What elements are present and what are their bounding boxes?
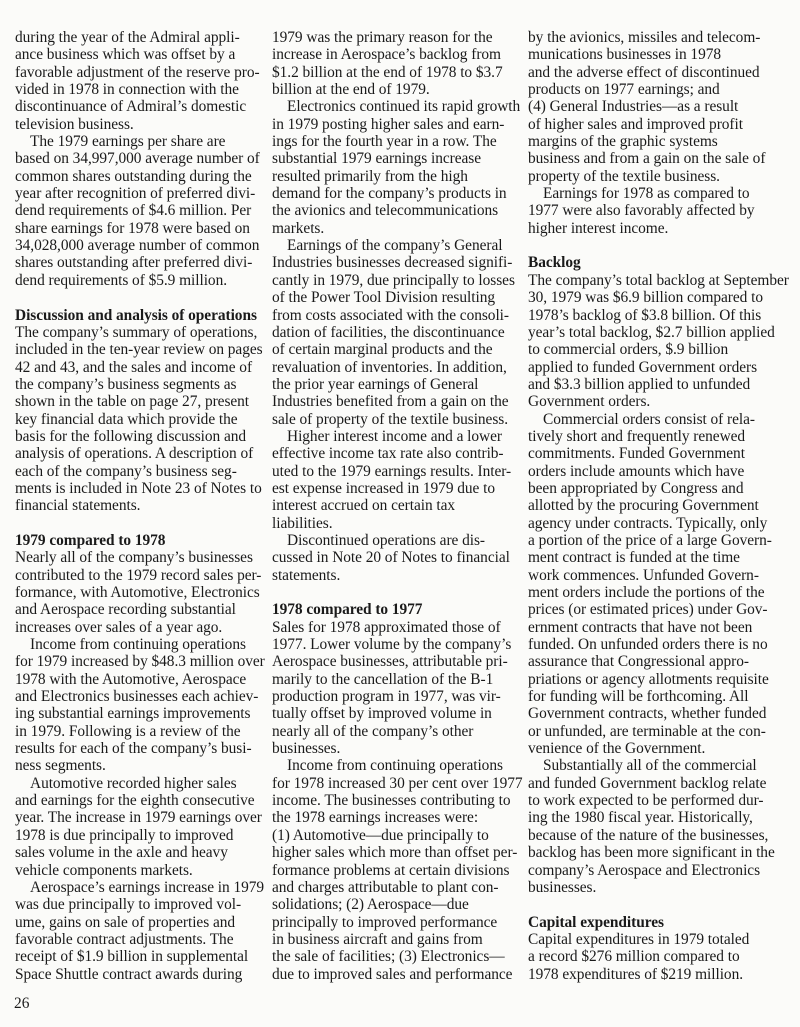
text-line: nearly all of the company’s other <box>272 723 524 740</box>
text-line: cantly in 1979, due principally to losse… <box>272 272 524 289</box>
text-line: cussed in Note 20 of Notes to financial <box>272 549 524 566</box>
text-line: Capital expenditures in 1979 totaled <box>528 931 784 948</box>
text-line: and Electronics businesses each achiev- <box>15 688 269 705</box>
text-line: Commercial orders consist of rela- <box>528 411 784 428</box>
text-line: margins of the graphic systems <box>528 133 784 150</box>
text-line: and $3.3 billion applied to unfunded <box>528 376 784 393</box>
text-line: receipt of $1.9 billion in supplemental <box>15 948 269 965</box>
text-line: vehicle components markets. <box>15 862 269 879</box>
text-line: ness segments. <box>15 757 269 774</box>
text-line: vided in 1978 in connection with the <box>15 81 269 98</box>
text-line: results for each of the company’s busi- <box>15 740 269 757</box>
text-line: included in the ten-year review on pages <box>15 341 269 358</box>
text-line: ance business which was offset by a <box>15 46 269 63</box>
text-line: and earnings for the eighth consecutive <box>15 792 269 809</box>
text-line: ment contract is funded at the time <box>528 549 784 566</box>
text-line: discontinuance of Admiral’s domestic <box>15 98 269 115</box>
text-line: uted to the 1979 earnings results. Inter… <box>272 463 524 480</box>
text-line: to commercial orders, $.9 billion <box>528 341 784 358</box>
text-line: est expense increased in 1979 due to <box>272 480 524 497</box>
text-line: Discontinued operations are dis- <box>272 532 524 549</box>
text-line: a record $276 million compared to <box>528 948 784 965</box>
text-line: higher interest income. <box>528 220 784 237</box>
text-line: The company’s summary of operations, <box>15 324 269 341</box>
text-line: sale of property of the textile business… <box>272 411 524 428</box>
text-line: and charges attributable to plant con- <box>272 879 524 896</box>
section-heading: 1978 compared to 1977 <box>272 601 524 618</box>
text-line: each of the company’s business seg- <box>15 463 269 480</box>
text-line: liabilities. <box>272 515 524 532</box>
text-line: allotted by the procuring Government <box>528 497 784 514</box>
text-line: Aerospace’s earnings increase in 1979 <box>15 879 269 896</box>
text-line: orders include amounts which have <box>528 463 784 480</box>
section-heading: Backlog <box>528 254 784 271</box>
text-line: from costs associated with the consoli- <box>272 307 524 324</box>
text-line: ing substantial earnings improvements <box>15 705 269 722</box>
text-line: products on 1977 earnings; and <box>528 81 784 98</box>
text-line: prices (or estimated prices) under Gov- <box>528 601 784 618</box>
text-line: Automotive recorded higher sales <box>15 775 269 792</box>
text-line: 30, 1979 was $6.9 billion compared to <box>528 289 784 306</box>
text-line: businesses. <box>272 740 524 757</box>
section-heading: 1979 compared to 1978 <box>15 532 269 549</box>
text-line: contributed to the 1979 record sales per… <box>15 567 269 584</box>
text-line: year after recognition of preferred divi… <box>15 185 269 202</box>
text-line: solidations; (2) Aerospace—due <box>272 896 524 913</box>
text-line: favorable contract adjustments. The <box>15 931 269 948</box>
text-line: tually offset by improved volume in <box>272 705 524 722</box>
text-line: resulted primarily from the high <box>272 168 524 185</box>
text-line: Earnings for 1978 as compared to <box>528 185 784 202</box>
text-line: 1978 expenditures of $219 million. <box>528 966 784 983</box>
text-line: or unfunded, are terminable at the con- <box>528 723 784 740</box>
text-line: ments is included in Note 23 of Notes to <box>15 480 269 497</box>
text-line: increase in Aerospace’s backlog from <box>272 46 524 63</box>
section-heading: Capital expenditures <box>528 914 784 931</box>
text-line: backlog has been more significant in the <box>528 844 784 861</box>
text-line: dation of facilities, the discontinuance <box>272 324 524 341</box>
text-line: ume, gains on sale of properties and <box>15 914 269 931</box>
text-line: effective income tax rate also contrib- <box>272 445 524 462</box>
text-line: financial statements. <box>15 497 269 514</box>
column-left: during the year of the Admiral appli-anc… <box>15 29 269 983</box>
paragraph-gap <box>15 289 269 306</box>
text-line: venience of the Government. <box>528 740 784 757</box>
paragraph-gap <box>528 896 784 913</box>
text-line: 1978’s backlog of $3.8 billion. Of this <box>528 307 784 324</box>
column-middle: 1979 was the primary reason for theincre… <box>272 29 524 983</box>
text-line: the 1978 earnings increases were: <box>272 809 524 826</box>
text-line: 1977. Lower volume by the company’s <box>272 636 524 653</box>
document-page: during the year of the Admiral appli-anc… <box>0 0 800 1027</box>
text-line: for 1979 increased by $48.3 million over <box>15 653 269 670</box>
text-line: Substantially all of the commercial <box>528 757 784 774</box>
text-line: income. The businesses contributing to <box>272 792 524 809</box>
text-line: the avionics and telecommunications <box>272 202 524 219</box>
text-line: agency under contracts. Typically, only <box>528 515 784 532</box>
text-line: demand for the company’s products in <box>272 185 524 202</box>
text-line: funded. On unfunded orders there is no <box>528 636 784 653</box>
text-line: formance problems at certain divisions <box>272 862 524 879</box>
text-line: during the year of the Admiral appli- <box>15 29 269 46</box>
text-line: property of the textile business. <box>528 168 784 185</box>
text-line: by the avionics, missiles and telecom- <box>528 29 784 46</box>
text-line: interest accrued on certain tax <box>272 497 524 514</box>
text-line: of higher sales and improved profit <box>528 116 784 133</box>
text-line: (1) Automotive—due principally to <box>272 827 524 844</box>
text-line: ings for the fourth year in a row. The <box>272 133 524 150</box>
section-heading: Discussion and analysis of operations <box>15 307 269 324</box>
text-line: was due principally to improved vol- <box>15 896 269 913</box>
page-number: 26 <box>14 995 29 1012</box>
text-line: of certain marginal products and the <box>272 341 524 358</box>
text-line: because of the nature of the businesses, <box>528 827 784 844</box>
text-line: of the Power Tool Division resulting <box>272 289 524 306</box>
text-line: for 1978 increased 30 per cent over 1977 <box>272 775 524 792</box>
text-line: in 1979. Following is a review of the <box>15 723 269 740</box>
column-right: by the avionics, missiles and telecom-mu… <box>528 29 784 983</box>
text-line: tively short and frequently renewed <box>528 428 784 445</box>
paragraph-gap <box>272 584 524 601</box>
text-line: television business. <box>15 116 269 133</box>
text-line: assurance that Congressional appro- <box>528 653 784 670</box>
text-line: 42 and 43, and the sales and income of <box>15 359 269 376</box>
text-line: work commences. Unfunded Govern- <box>528 567 784 584</box>
text-line: business and from a gain on the sale of <box>528 150 784 167</box>
text-line: Aerospace businesses, attributable pri- <box>272 653 524 670</box>
text-line: ing the 1980 fiscal year. Historically, <box>528 809 784 826</box>
text-line: revaluation of inventories. In addition, <box>272 359 524 376</box>
text-line: Government orders. <box>528 393 784 410</box>
text-line: Space Shuttle contract awards during <box>15 966 269 983</box>
paragraph-gap <box>15 515 269 532</box>
text-line: ment orders include the portions of the <box>528 584 784 601</box>
text-line: favorable adjustment of the reserve pro- <box>15 64 269 81</box>
text-line: substantial 1979 earnings increase <box>272 150 524 167</box>
text-line: higher sales which more than offset per- <box>272 844 524 861</box>
text-line: applied to funded Government orders <box>528 359 784 376</box>
text-line: Nearly all of the company’s businesses <box>15 549 269 566</box>
text-line: 1977 were also favorably affected by <box>528 202 784 219</box>
text-line: dend requirements of $4.6 million. Per <box>15 202 269 219</box>
text-line: marily to the cancellation of the B-1 <box>272 671 524 688</box>
text-line: The 1979 earnings per share are <box>15 133 269 150</box>
text-line: businesses. <box>528 879 784 896</box>
text-line: to work expected to be performed dur- <box>528 792 784 809</box>
text-line: (4) General Industries—as a result <box>528 98 784 115</box>
text-line: basis for the following discussion and <box>15 428 269 445</box>
text-line: 34,028,000 average number of common <box>15 237 269 254</box>
text-line: billion at the end of 1979. <box>272 81 524 98</box>
text-line: the sale of facilities; (3) Electronics— <box>272 948 524 965</box>
text-line: company’s Aerospace and Electronics <box>528 862 784 879</box>
text-line: Government contracts, whether funded <box>528 705 784 722</box>
text-line: statements. <box>272 567 524 584</box>
text-line: Electronics continued its rapid growth <box>272 98 524 115</box>
text-line: Higher interest income and a lower <box>272 428 524 445</box>
text-line: based on 34,997,000 average number of <box>15 150 269 167</box>
text-line: and funded Government backlog relate <box>528 775 784 792</box>
text-line: Earnings of the company’s General <box>272 237 524 254</box>
text-line: shares outstanding after preferred divi- <box>15 254 269 271</box>
text-line: due to improved sales and performance <box>272 966 524 983</box>
text-line: increases over sales of a year ago. <box>15 619 269 636</box>
text-line: key financial data which provide the <box>15 411 269 428</box>
text-line: Income from continuing operations <box>15 636 269 653</box>
text-line: year. The increase in 1979 earnings over <box>15 809 269 826</box>
text-line: ernment contracts that have not been <box>528 619 784 636</box>
text-line: the prior year earnings of General <box>272 376 524 393</box>
text-line: principally to improved performance <box>272 914 524 931</box>
text-line: dend requirements of $5.9 million. <box>15 272 269 289</box>
text-line: markets. <box>272 220 524 237</box>
text-line: and the adverse effect of discontinued <box>528 64 784 81</box>
text-line: and Aerospace recording substantial <box>15 601 269 618</box>
text-line: The company’s total backlog at September <box>528 272 784 289</box>
text-line: shown in the table on page 27, present <box>15 393 269 410</box>
text-line: share earnings for 1978 were based on <box>15 220 269 237</box>
text-line: $1.2 billion at the end of 1978 to $3.7 <box>272 64 524 81</box>
text-line: commitments. Funded Government <box>528 445 784 462</box>
text-line: sales volume in the axle and heavy <box>15 844 269 861</box>
text-line: year’s total backlog, $2.7 billion appli… <box>528 324 784 341</box>
text-line: Industries benefited from a gain on the <box>272 393 524 410</box>
text-line: Sales for 1978 approximated those of <box>272 619 524 636</box>
text-line: the company’s business segments as <box>15 376 269 393</box>
text-line: production program in 1977, was vir- <box>272 688 524 705</box>
text-line: in 1979 posting higher sales and earn- <box>272 116 524 133</box>
text-line: formance, with Automotive, Electronics <box>15 584 269 601</box>
text-line: munications businesses in 1978 <box>528 46 784 63</box>
text-line: for funding will be forthcoming. All <box>528 688 784 705</box>
text-line: Industries businesses decreased signifi- <box>272 254 524 271</box>
text-line: priations or agency allotments requisite <box>528 671 784 688</box>
text-line: Income from continuing operations <box>272 757 524 774</box>
text-line: analysis of operations. A description of <box>15 445 269 462</box>
text-line: 1978 is due principally to improved <box>15 827 269 844</box>
text-line: common shares outstanding during the <box>15 168 269 185</box>
text-line: a portion of the price of a large Govern… <box>528 532 784 549</box>
text-line: in business aircraft and gains from <box>272 931 524 948</box>
text-line: 1979 was the primary reason for the <box>272 29 524 46</box>
paragraph-gap <box>528 237 784 254</box>
text-line: been appropriated by Congress and <box>528 480 784 497</box>
text-line: 1978 with the Automotive, Aerospace <box>15 671 269 688</box>
